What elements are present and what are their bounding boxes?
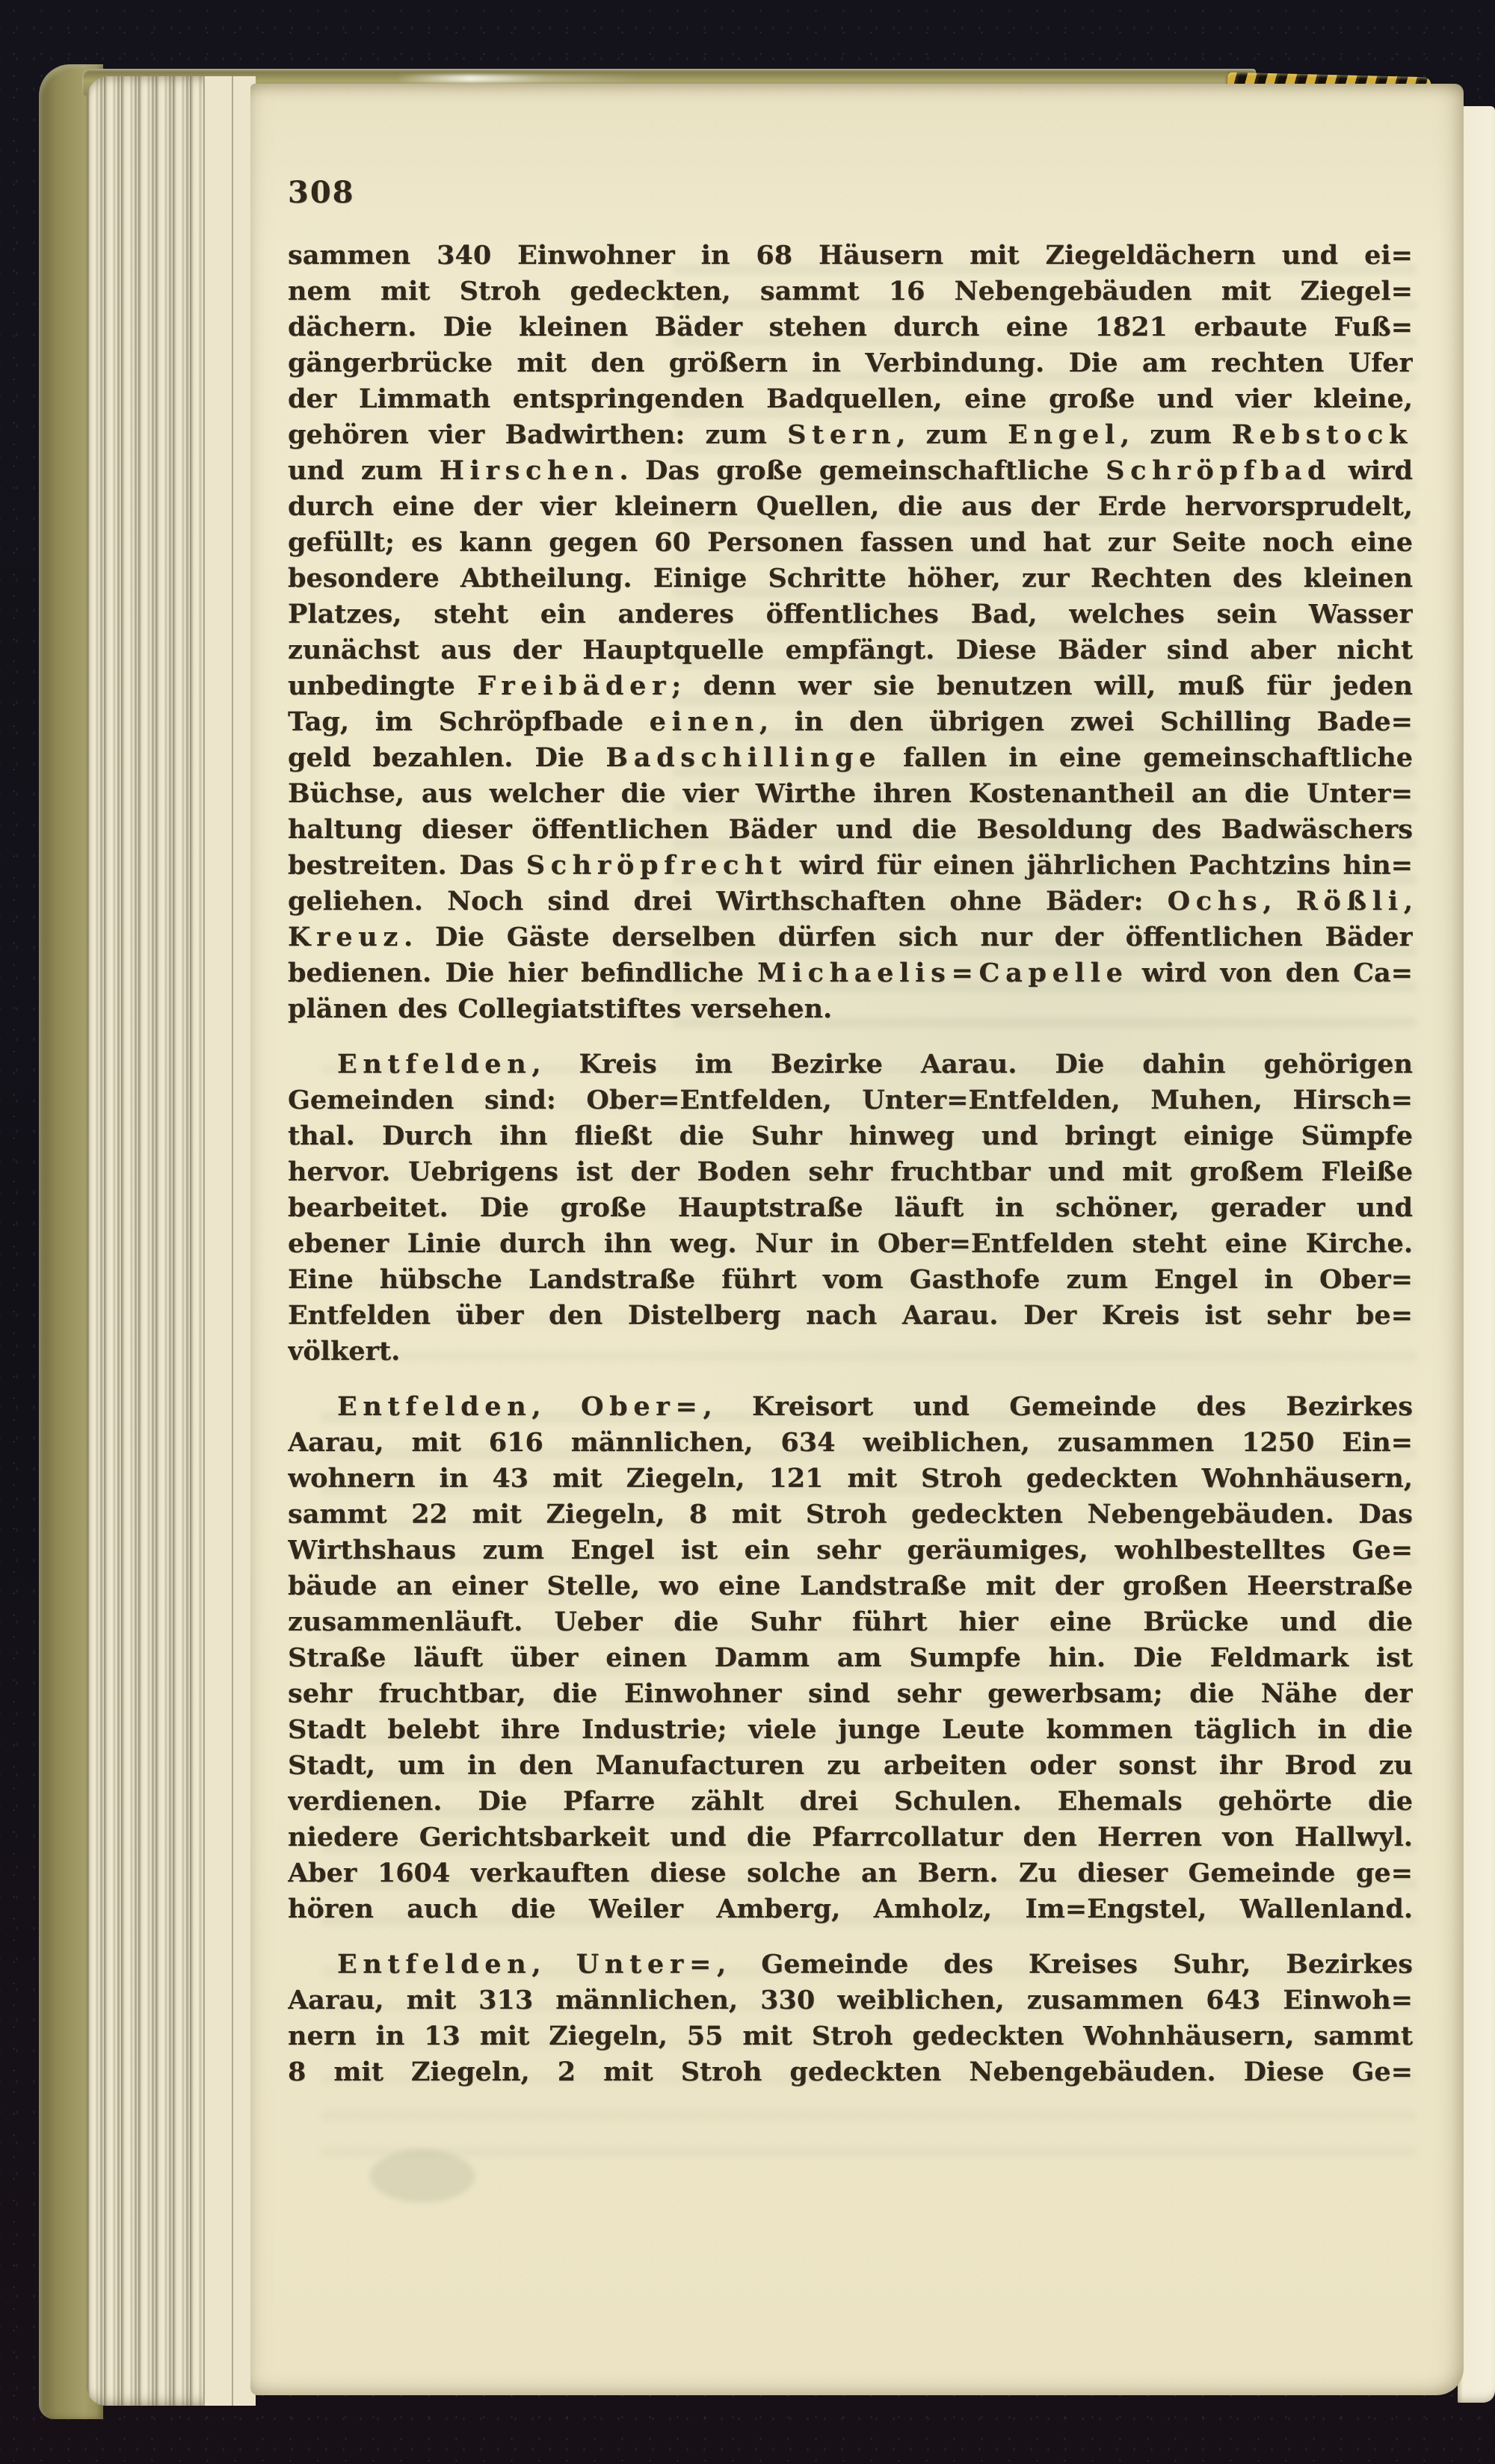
text-segment: nern in 13 mit Ziegeln, 55 mit Stroh ged…: [288, 2021, 1413, 2051]
text-segment: Stadt belebt ihre Industrie; viele junge…: [288, 1714, 1413, 1745]
text-line: bäude an einer Stelle, wo eine Landstraß…: [288, 1568, 1413, 1604]
text-segment: zunächst aus der Hauptquelle empfängt. D…: [288, 635, 1413, 665]
text-segment: sammt 22 mit Ziegeln, 8 mit Stroh gedeck…: [288, 1499, 1413, 1530]
text-segment: Tag, im Schröpfbade: [288, 706, 650, 737]
text-segment: Rößli: [1296, 886, 1404, 917]
text-segment: Eine hübsche Landstraße führt vom Gastho…: [288, 1264, 1413, 1295]
text-line: Platzes, steht ein anderes öffentliches …: [288, 597, 1413, 632]
text-segment: ,: [531, 1949, 576, 1980]
text-segment: Büchse, aus welcher die vier Wirthe ihre…: [288, 778, 1413, 809]
text-segment: Gemeinden sind: Ober=Entfelden, Unter=En…: [288, 1085, 1413, 1115]
text-segment: einen: [650, 706, 759, 737]
text-segment: Stadt, um in den Manufacturen zu arbeite…: [288, 1750, 1413, 1781]
text-segment: besondere Abtheilung. Einige Schritte hö…: [288, 563, 1413, 594]
text-segment: , in den übrigen zwei Schilling Bade=: [759, 706, 1413, 737]
text-segment: wird für einen jährlichen Pachtzins hin=: [787, 850, 1413, 881]
text-line: besondere Abtheilung. Einige Schritte hö…: [288, 561, 1413, 597]
text-line: Stadt, um in den Manufacturen zu arbeite…: [288, 1748, 1413, 1784]
text-segment: Entfelden: [337, 1949, 531, 1980]
text-line: Entfelden über den Distelberg nach Aarau…: [288, 1298, 1413, 1334]
book-page: 308 sammen 340 Einwohner in 68 Häusern m…: [250, 84, 1464, 2395]
text-segment: Straße läuft über einen Damm am Sumpfe h…: [288, 1642, 1413, 1673]
text-segment: sammen 340 Einwohner in 68 Häusern mit Z…: [288, 240, 1413, 271]
paragraph: Entfelden, Unter=, Gemeinde des Kreises …: [288, 1947, 1413, 2090]
text-line: niedere Gerichtsbarkeit und die Pfarrcol…: [288, 1820, 1413, 1855]
text-segment: ; denn wer sie benutzen will, muß für je…: [671, 671, 1413, 701]
text-line: gefüllt; es kann gegen 60 Personen fasse…: [288, 525, 1413, 561]
text-line: verdienen. Die Pfarre zählt drei Schulen…: [288, 1784, 1413, 1820]
text-segment: Rebstock: [1232, 419, 1413, 450]
text-line: 8 mit Ziegeln, 2 mit Stroh gedeckten Neb…: [288, 2054, 1413, 2090]
text-segment: gefüllt; es kann gegen 60 Personen fasse…: [288, 527, 1413, 558]
fanned-page-edges: [87, 76, 256, 2406]
text-line: geld bezahlen. Die Badschillinge fallen …: [288, 740, 1413, 776]
text-segment: unbedingte: [288, 671, 477, 701]
text-segment: verdienen. Die Pfarre zählt drei Schulen…: [288, 1786, 1413, 1817]
text-segment: , zum: [1121, 419, 1232, 450]
text-segment: wird: [1331, 455, 1413, 486]
text-line: haltung dieser öffentlichen Bäder und di…: [288, 812, 1413, 848]
text-segment: Aarau, mit 616 männlichen, 634 weibliche…: [288, 1427, 1413, 1458]
text-segment: Kreuz: [288, 922, 404, 952]
text-segment: völkert.: [288, 1336, 400, 1367]
text-segment: Wirthshaus zum Engel ist ein sehr geräum…: [288, 1535, 1413, 1565]
text-line: Entfelden, Ober=, Kreisort und Gemeinde …: [288, 1389, 1413, 1425]
page-number: 308: [288, 175, 355, 210]
text-segment: , Kreis im Bezirke Aarau. Die dahin gehö…: [531, 1049, 1413, 1079]
text-segment: plänen des Collegiatstiftes versehen.: [288, 994, 832, 1024]
text-segment: Aarau, mit 313 männlichen, 330 weibliche…: [288, 1985, 1413, 2015]
text-line: geliehen. Noch sind drei Wirthschaften o…: [288, 884, 1413, 920]
text-line: Aarau, mit 616 männlichen, 634 weibliche…: [288, 1425, 1413, 1461]
text-segment: zusammenläuft. Ueber die Suhr führt hier…: [288, 1607, 1413, 1637]
text-segment: nem mit Stroh gedeckten, sammt 16 Nebeng…: [288, 276, 1413, 307]
paragraph: sammen 340 Einwohner in 68 Häusern mit Z…: [288, 238, 1413, 1027]
text-segment: ,: [1263, 886, 1295, 917]
text-line: zunächst aus der Hauptquelle empfängt. D…: [288, 632, 1413, 668]
text-line: Tag, im Schröpfbade einen, in den übrige…: [288, 704, 1413, 740]
text-segment: bäude an einer Stelle, wo eine Landstraß…: [288, 1571, 1413, 1601]
text-segment: gehören vier Badwirthen: zum: [288, 419, 787, 450]
text-line: durch eine der vier kleinern Quellen, di…: [288, 489, 1413, 525]
text-segment: , zum: [896, 419, 1008, 450]
text-segment: Platzes, steht ein anderes öffentliches …: [288, 599, 1413, 629]
text-line: und zum Hirschen. Das große gemeinschaft…: [288, 453, 1413, 489]
text-line: nern in 13 mit Ziegeln, 55 mit Stroh ged…: [288, 2018, 1413, 2054]
text-segment: dächern. Die kleinen Bäder stehen durch …: [288, 312, 1413, 342]
text-line: Kreuz. Die Gäste derselben dürfen sich n…: [288, 920, 1413, 955]
text-segment: hören auch die Weiler Amberg, Amholz, Im…: [288, 1894, 1413, 1924]
text-segment: ,: [531, 1391, 581, 1422]
text-line: sehr fruchtbar, die Einwohner sind sehr …: [288, 1676, 1413, 1712]
text-line: thal. Durch ihn fließt die Suhr hinweg u…: [288, 1118, 1413, 1154]
text-segment: gängerbrücke mit den größern in Verbindu…: [288, 348, 1413, 378]
text-segment: geld bezahlen. Die: [288, 742, 605, 773]
text-segment: Aber 1604 verkauften diese solche an Ber…: [288, 1858, 1413, 1888]
fanned-page-edges-inner: [203, 76, 256, 2406]
text-line: gängerbrücke mit den größern in Verbindu…: [288, 345, 1413, 381]
text-line: Entfelden, Kreis im Bezirke Aarau. Die d…: [288, 1047, 1413, 1082]
text-line: der Limmath entspringenden Badquellen, e…: [288, 381, 1413, 417]
text-segment: 8 mit Ziegeln, 2 mit Stroh gedeckten Neb…: [288, 2057, 1413, 2087]
text-line: ebener Linie durch ihn weg. Nur in Ober=…: [288, 1226, 1413, 1262]
text-line: wohnern in 43 mit Ziegeln, 121 mit Stroh…: [288, 1461, 1413, 1497]
text-line: Aber 1604 verkauften diese solche an Ber…: [288, 1855, 1413, 1891]
text-line: Wirthshaus zum Engel ist ein sehr geräum…: [288, 1533, 1413, 1568]
text-segment: . Die Gäste derselben dürfen sich nur de…: [404, 922, 1413, 952]
text-segment: Freibäder: [477, 671, 671, 701]
text-segment: . Das große gemeinschaftliche: [619, 455, 1106, 486]
text-segment: Entfelden: [337, 1049, 531, 1079]
text-line: Aarau, mit 313 männlichen, 330 weibliche…: [288, 1983, 1413, 2018]
text-segment: ,: [1404, 886, 1413, 917]
text-segment: bearbeitet. Die große Hauptstraße läuft …: [288, 1192, 1413, 1223]
cover-glint-highlight: [396, 75, 643, 82]
text-line: bearbeitet. Die große Hauptstraße läuft …: [288, 1190, 1413, 1226]
text-segment: Schröpfbad: [1106, 455, 1331, 486]
text-segment: Badschillinge: [605, 742, 881, 773]
show-through-ghost: [370, 2150, 475, 2202]
text-segment: Engel: [1008, 419, 1121, 450]
text-segment: Michaelis=Capelle: [757, 958, 1128, 988]
text-line: Eine hübsche Landstraße führt vom Gastho…: [288, 1262, 1413, 1298]
text-segment: hervor. Uebrigens ist der Boden sehr fru…: [288, 1156, 1413, 1187]
text-segment: fallen in eine gemeinschaftliche: [881, 742, 1413, 773]
text-line: zusammenläuft. Ueber die Suhr führt hier…: [288, 1604, 1413, 1640]
text-segment: Schröpfrecht: [526, 850, 787, 881]
text-line: Gemeinden sind: Ober=Entfelden, Unter=En…: [288, 1082, 1413, 1118]
text-line: bestreiten. Das Schröpfrecht wird für ei…: [288, 848, 1413, 884]
text-segment: durch eine der vier kleinern Quellen, di…: [288, 491, 1413, 522]
text-line: hervor. Uebrigens ist der Boden sehr fru…: [288, 1154, 1413, 1190]
photo-backdrop: 308 sammen 340 Einwohner in 68 Häusern m…: [0, 0, 1495, 2464]
text-segment: sehr fruchtbar, die Einwohner sind sehr …: [288, 1678, 1413, 1709]
text-line: völkert.: [288, 1334, 1413, 1370]
text-segment: bedienen. Die hier befindliche: [288, 958, 757, 988]
text-line: unbedingte Freibäder; denn wer sie benut…: [288, 668, 1413, 704]
text-line: Stadt belebt ihre Industrie; viele junge…: [288, 1712, 1413, 1748]
text-line: gehören vier Badwirthen: zum Stern, zum …: [288, 417, 1413, 453]
text-line: bedienen. Die hier befindliche Michaelis…: [288, 955, 1413, 991]
text-line: Entfelden, Unter=, Gemeinde des Kreises …: [288, 1947, 1413, 1983]
text-line: sammen 340 Einwohner in 68 Häusern mit Z…: [288, 238, 1413, 274]
text-line: hören auch die Weiler Amberg, Amholz, Im…: [288, 1891, 1413, 1927]
text-segment: haltung dieser öffentlichen Bäder und di…: [288, 814, 1413, 845]
text-segment: Ochs: [1168, 886, 1263, 917]
text-segment: geliehen. Noch sind drei Wirthschaften o…: [288, 886, 1168, 917]
text-line: Büchse, aus welcher die vier Wirthe ihre…: [288, 776, 1413, 812]
text-line: Straße läuft über einen Damm am Sumpfe h…: [288, 1640, 1413, 1676]
text-segment: Hirschen: [440, 455, 620, 486]
text-line: plänen des Collegiatstiftes versehen.: [288, 991, 1413, 1027]
text-segment: , Gemeinde des Kreises Suhr, Bezirkes: [717, 1949, 1413, 1980]
text-line: sammt 22 mit Ziegeln, 8 mit Stroh gedeck…: [288, 1497, 1413, 1533]
text-segment: bestreiten. Das: [288, 850, 526, 881]
text-segment: thal. Durch ihn fließt die Suhr hinweg u…: [288, 1121, 1413, 1151]
text-segment: wird von den Ca=: [1129, 958, 1413, 988]
text-segment: ebener Linie durch ihn weg. Nur in Ober=…: [288, 1228, 1413, 1259]
text-segment: , Kreisort und Gemeinde des Bezirkes: [703, 1391, 1413, 1422]
text-segment: wohnern in 43 mit Ziegeln, 121 mit Stroh…: [288, 1463, 1413, 1494]
paragraph: Entfelden, Ober=, Kreisort und Gemeinde …: [288, 1389, 1413, 1927]
text-segment: Ober=: [581, 1391, 703, 1422]
text-segment: und zum: [288, 455, 440, 486]
text-block: sammen 340 Einwohner in 68 Häusern mit Z…: [288, 238, 1413, 2090]
text-segment: Stern: [787, 419, 896, 450]
text-segment: niedere Gerichtsbarkeit und die Pfarrcol…: [288, 1822, 1413, 1852]
text-segment: Entfelden: [337, 1391, 531, 1422]
text-segment: Entfelden über den Distelberg nach Aarau…: [288, 1300, 1413, 1331]
paragraph: Entfelden, Kreis im Bezirke Aarau. Die d…: [288, 1047, 1413, 1370]
text-line: dächern. Die kleinen Bäder stehen durch …: [288, 309, 1413, 345]
text-line: nem mit Stroh gedeckten, sammt 16 Nebeng…: [288, 274, 1413, 309]
text-segment: der Limmath entspringenden Badquellen, e…: [288, 384, 1413, 414]
text-segment: Unter=: [576, 1949, 717, 1980]
